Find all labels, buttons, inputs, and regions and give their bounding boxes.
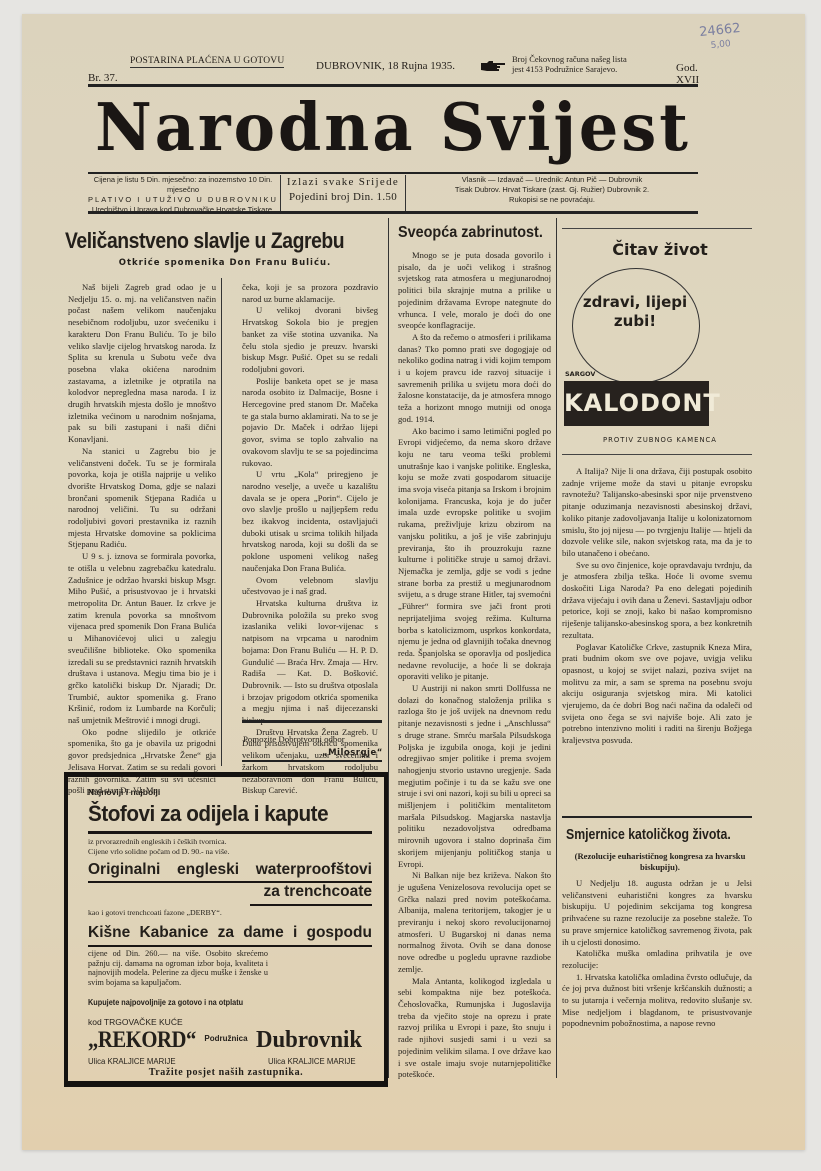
article-headline-smjernice: Smjernice katoličkog života. — [566, 826, 731, 843]
schedule-info: Izlazi svake Srijede Pojedini broj Din. … — [280, 175, 406, 211]
kalodont-slogan: zdravi, lijepi zubi! — [572, 293, 698, 331]
article-sveopca-column: Mnogo se je puta dosada govorilo i pisal… — [398, 250, 551, 1081]
masthead-title: Narodna Svijest — [88, 86, 698, 170]
kalodont-ad-title: Čitav život — [560, 240, 760, 259]
info-bar-rule — [88, 211, 698, 214]
column-divider — [556, 218, 557, 1078]
divider-rule — [242, 760, 382, 762]
handwritten-annotation: 24662 5,00 — [699, 22, 743, 54]
charity-notice: Pomozite Dobrotvorni odbor — [243, 734, 345, 744]
column-divider — [221, 278, 222, 766]
volume-year: God. XVII — [676, 62, 699, 86]
ad-headline: Štofovi za odijela i kapute — [88, 801, 328, 827]
store-name: „REKORD“ Podružnica Dubrovnik — [88, 1027, 378, 1054]
price-info: Cijena je listu 5 Din. mjesečno: za inoz… — [88, 175, 278, 211]
ad-headline-waterproof: Originalni engleski waterproofštovi — [88, 861, 372, 879]
issue-number: Br. 37. — [88, 72, 118, 84]
charity-org-name: „Milosrgje“ — [322, 748, 383, 758]
header-info-line: POSTARINA PLAĆENA U GOTOVU Br. 37. DUBRO… — [88, 60, 698, 82]
postage-note: POSTARINA PLAĆENA U GOTOVU — [130, 56, 284, 68]
article-sveopca-continued: A Italija? Nije li ona država, čiji post… — [562, 466, 752, 747]
article-headline-zagreb: Veličanstveno slavlje u Zagrebu — [65, 228, 332, 254]
article-headline-sveopca: Sveopća zabrinutost. — [398, 224, 543, 242]
ad-headline-kabanice: Kišne Kabanice za dame i gospodu — [88, 924, 372, 942]
divider-rule — [562, 816, 752, 818]
article-subheadline-smjernice: (Rezolucije euharističnog kongresa za hv… — [566, 851, 754, 873]
kalodont-brand: KALODONT — [564, 381, 709, 426]
masthead-rule — [88, 172, 698, 174]
article-zagreb-column-1: Naš bijeli Zagreb grad odao je u Nedjelj… — [68, 282, 216, 797]
column-divider — [388, 218, 389, 1078]
advertisement-rekord: Najnoviji i najbolji Štofovi za odijela … — [64, 772, 388, 1087]
article-smjernice-column: U Nedjelju 18. augusta održan je u Jelsi… — [562, 878, 752, 1030]
divider-rule — [242, 720, 382, 723]
kalodont-tagline: PROTIV ZUBNOG KAMENCA — [560, 436, 760, 444]
publisher-info: Vlasnik — Izdavač — Urednik: Antun Pič —… — [406, 175, 698, 211]
account-note: Broj Čekovnog računa našeg lista jest 41… — [512, 54, 627, 74]
publication-info-bar: Cijena je listu 5 Din. mjesečno: za inoz… — [88, 175, 698, 211]
dateline: DUBROVNIK, 18 Rujna 1935. — [316, 60, 455, 72]
pointing-hand-icon — [480, 60, 506, 72]
article-subheadline-zagreb: Otkriće spomenika Don Franu Buliću. — [100, 258, 350, 268]
